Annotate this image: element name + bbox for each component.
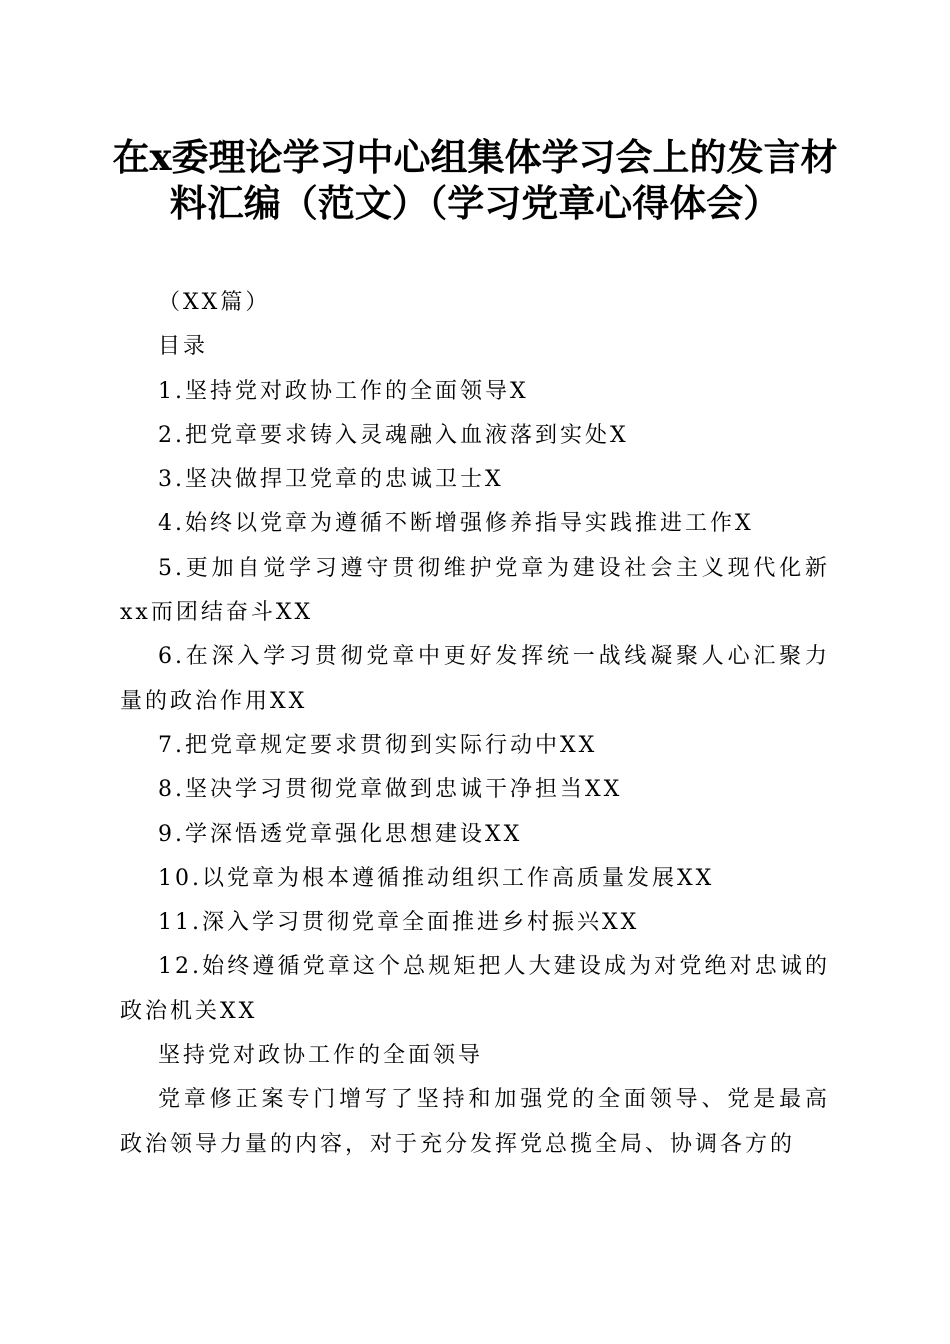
- toc-item: 7.把党章规定要求贯彻到实际行动中XX: [120, 724, 830, 768]
- subtitle: （XX篇）: [120, 281, 830, 325]
- toc-item: 6.在深入学习贯彻党章中更好发挥统一战线凝聚人心汇聚力量的政治作用XX: [120, 635, 830, 724]
- document-body: （XX篇） 目录 1.坚持党对政协工作的全面领导X 2.把党章要求铸入灵魂融入血…: [120, 281, 830, 1167]
- toc-item: 2.把党章要求铸入灵魂融入血液落到实处X: [120, 414, 830, 458]
- section-heading: 坚持党对政协工作的全面领导: [120, 1034, 830, 1078]
- body-paragraph: 党章修正案专门增写了坚持和加强党的全面领导、党是最高政治领导力量的内容，对于充分…: [120, 1078, 830, 1167]
- toc-item: 1.坚持党对政协工作的全面领导X: [120, 370, 830, 414]
- document-page: 在x委理论学习中心组集体学习会上的发言材 料汇编（范文）（学习党章心得体会） （…: [0, 0, 950, 1344]
- toc-item: 5.更加自觉学习遵守贯彻维护党章为建设社会主义现代化新xx而团结奋斗XX: [120, 547, 830, 636]
- toc-item: 8.坚决学习贯彻党章做到忠诚干净担当XX: [120, 768, 830, 812]
- toc-heading: 目录: [120, 325, 830, 369]
- toc-item: 12.始终遵循党章这个总规矩把人大建设成为对党绝对忠诚的政治机关XX: [120, 945, 830, 1034]
- toc-item: 3.坚决做捍卫党章的忠诚卫士X: [120, 458, 830, 502]
- table-of-contents: 1.坚持党对政协工作的全面领导X 2.把党章要求铸入灵魂融入血液落到实处X 3.…: [120, 370, 830, 1034]
- title-line-2: 料汇编（范文）（学习党章心得体会）: [100, 180, 850, 226]
- toc-item: 4.始终以党章为遵循不断增强修养指导实践推进工作X: [120, 502, 830, 546]
- toc-item: 9.学深悟透党章强化思想建设XX: [120, 813, 830, 857]
- document-title: 在x委理论学习中心组集体学习会上的发言材 料汇编（范文）（学习党章心得体会）: [100, 134, 850, 226]
- toc-item: 11.深入学习贯彻党章全面推进乡村振兴XX: [120, 901, 830, 945]
- title-line-1: 在x委理论学习中心组集体学习会上的发言材: [100, 134, 850, 180]
- toc-item: 10.以党章为根本遵循推动组织工作高质量发展XX: [120, 857, 830, 901]
